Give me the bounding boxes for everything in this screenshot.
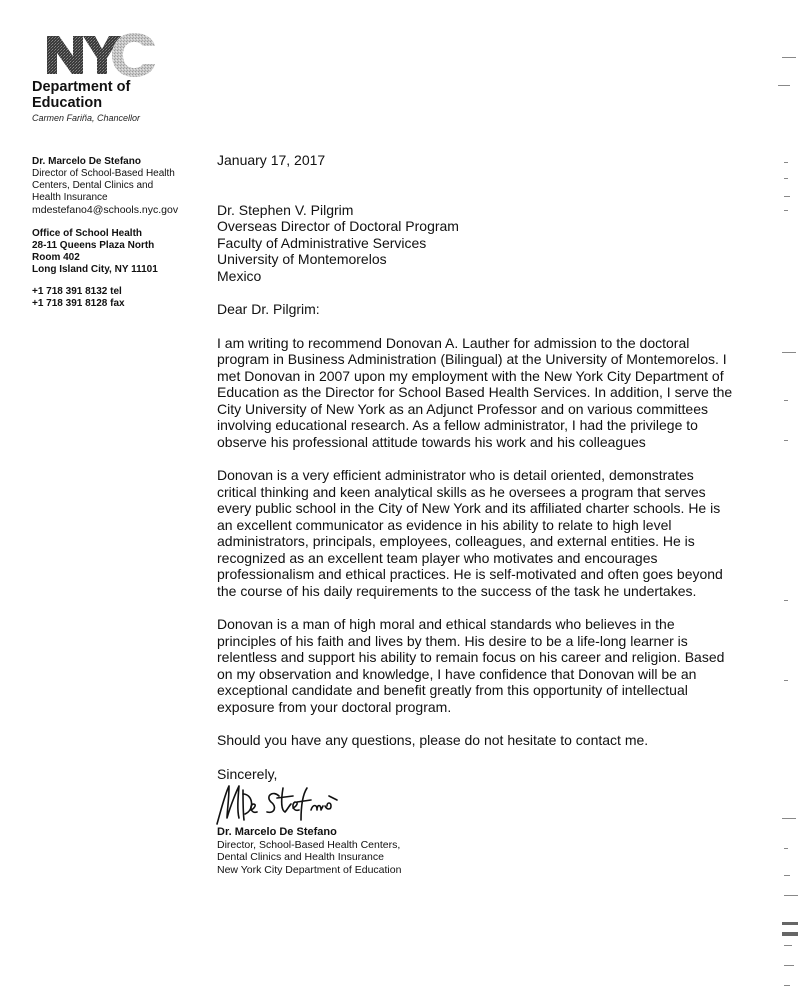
signer-title-line: New York City Department of Education — [217, 864, 737, 877]
recipient-line: Dr. Stephen V. Pilgrim — [217, 202, 737, 219]
department-line-1: Department of — [32, 79, 130, 95]
chancellor-name: Carmen Fariña, Chancellor — [32, 113, 140, 123]
recipient-address: Dr. Stephen V. Pilgrim Overseas Director… — [217, 202, 737, 285]
handwritten-signature-icon — [213, 780, 343, 828]
department-name: Department of Education — [32, 79, 130, 111]
phone-number: +1 718 391 8132 tel — [32, 286, 207, 298]
sender-title-line: Centers, Dental Clinics and — [32, 180, 207, 192]
office-address: Office of School Health 28-11 Queens Pla… — [32, 228, 207, 276]
letter-body: January 17, 2017 Dr. Stephen V. Pilgrim … — [217, 152, 737, 876]
signer-title-line: Director, School-Based Health Centers, — [217, 839, 737, 852]
recipient-line: University of Montemorelos — [217, 251, 737, 268]
letter-date: January 17, 2017 — [217, 152, 737, 169]
office-line: Room 402 — [32, 252, 207, 264]
sender-block: Dr. Marcelo De Stefano Director of Schoo… — [32, 156, 207, 216]
sender-sidebar: Dr. Marcelo De Stefano Director of Schoo… — [32, 156, 207, 319]
signature — [217, 782, 737, 826]
signer-title-line: Dental Clinics and Health Insurance — [217, 851, 737, 864]
nyc-logo — [45, 32, 157, 78]
office-line: Long Island City, NY 11101 — [32, 264, 207, 276]
salutation: Dear Dr. Pilgrim: — [217, 301, 737, 318]
office-line: Office of School Health — [32, 228, 207, 240]
recipient-line: Overseas Director of Doctoral Program — [217, 218, 737, 235]
paragraph-character: Donovan is a man of high moral and ethic… — [217, 616, 737, 715]
sender-title-line: Director of School-Based Health — [32, 168, 207, 180]
sender-title-line: Health Insurance — [32, 192, 207, 204]
department-line-2: Education — [32, 95, 130, 111]
scan-edge-artifacts — [760, 0, 800, 1000]
signer-block: Dr. Marcelo De Stefano Director, School-… — [217, 826, 737, 876]
contact-numbers: +1 718 391 8132 tel +1 718 391 8128 fax — [32, 286, 207, 310]
office-line: 28-11 Queens Plaza North — [32, 240, 207, 252]
fax-number: +1 718 391 8128 fax — [32, 298, 207, 310]
paragraph-contact: Should you have any questions, please do… — [217, 732, 737, 749]
sender-email[interactable]: mdestefano4@schools.nyc.gov — [32, 204, 207, 216]
recipient-line: Faculty of Administrative Services — [217, 235, 737, 252]
recipient-line: Mexico — [217, 268, 737, 285]
sender-name: Dr. Marcelo De Stefano — [32, 156, 207, 168]
paragraph-qualifications: Donovan is a very efficient administrato… — [217, 467, 737, 599]
nyc-logo-icon — [45, 32, 157, 78]
paragraph-introduction: I am writing to recommend Donovan A. Lau… — [217, 335, 737, 451]
